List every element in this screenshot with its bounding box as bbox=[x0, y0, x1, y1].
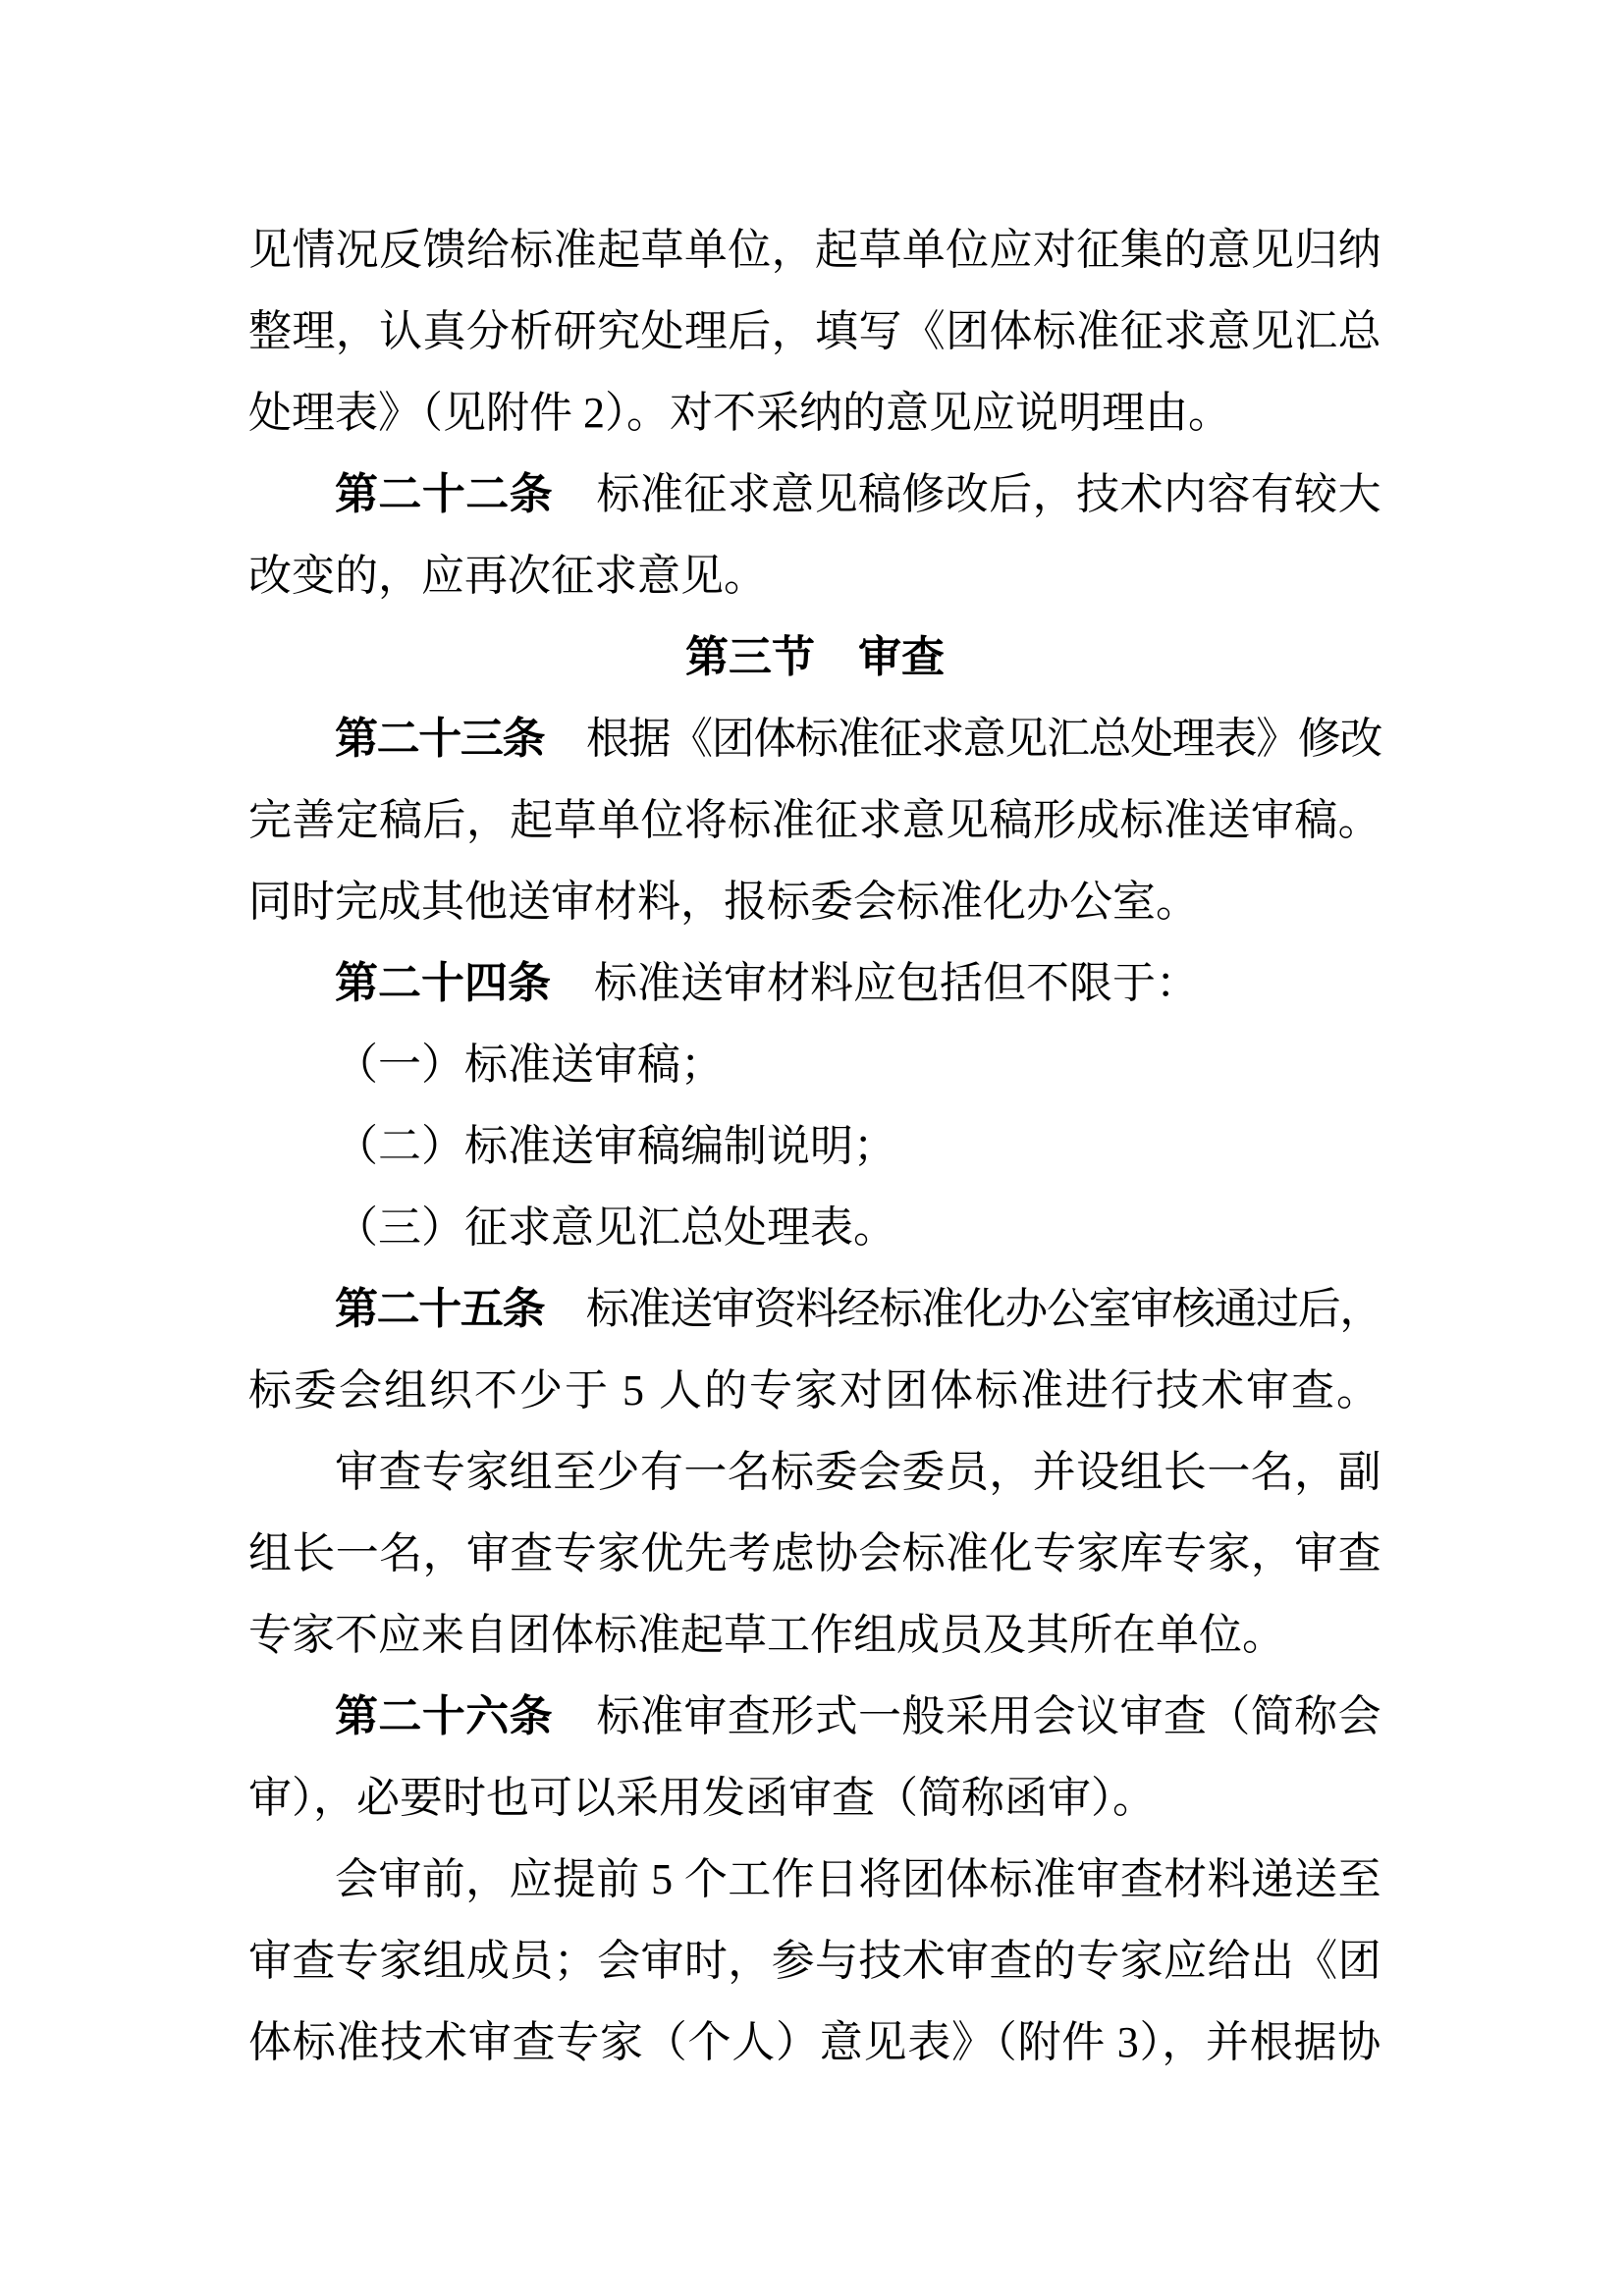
document-line: （三）征求意见汇总处理表。 bbox=[248, 1187, 1381, 1268]
document-line: 处理表》（见附件 2）。对不采纳的意见应说明理由。 bbox=[248, 372, 1381, 454]
document-line: 改变的，应再次征求意见。 bbox=[248, 535, 1381, 616]
article-number: 第二十四条 bbox=[335, 959, 551, 1007]
line-text: 处理表》（见附件 2）。对不采纳的意见应说明理由。 bbox=[248, 372, 1231, 454]
line-text: 审），必要时也可以采用发函审查（简称函审）。 bbox=[248, 1757, 1156, 1839]
document-line: （一）标准送审稿； bbox=[248, 1024, 1381, 1105]
document-line: 第二十五条 标准送审资料经标准化办公室审核通过后， bbox=[248, 1268, 1381, 1350]
line-text: 第二十三条 根据《团体标准征求意见汇总处理表》修改 bbox=[335, 698, 1381, 779]
section-heading: 第三节 审查 bbox=[248, 616, 1381, 698]
document-line: 整理，认真分析研究处理后，填写《团体标准征求意见汇总 bbox=[248, 291, 1381, 372]
article-number: 第二十三条 bbox=[335, 715, 544, 763]
document-line: 审查专家组至少有一名标委会委员，并设组长一名，副 bbox=[248, 1431, 1381, 1513]
document-line: 标委会组织不少于 5 人的专家对团体标准进行技术审查。 bbox=[248, 1350, 1381, 1431]
document-line: 专家不应来自团体标准起草工作组成员及其所在单位。 bbox=[248, 1594, 1381, 1676]
line-text: 第三节 审查 bbox=[685, 616, 945, 698]
line-text: 会审前，应提前 5 个工作日将团体标准审查材料递送至 bbox=[335, 1839, 1381, 1920]
line-text: 同时完成其他送审材料，报标委会标准化办公室。 bbox=[248, 861, 1199, 942]
document-line: 审），必要时也可以采用发函审查（简称函审）。 bbox=[248, 1757, 1381, 1839]
line-text: 体标准技术审查专家（个人）意见表》（附件 3），并根据协 bbox=[248, 2002, 1381, 2083]
line-text: 见情况反馈给标准起草单位，起草单位应对征集的意见归纳 bbox=[248, 209, 1381, 291]
line-text: 改变的，应再次征求意见。 bbox=[248, 535, 767, 616]
document-line: 完善定稿后，起草单位将标准征求意见稿形成标准送审稿。 bbox=[248, 779, 1381, 861]
document-line: 体标准技术审查专家（个人）意见表》（附件 3），并根据协 bbox=[248, 2002, 1381, 2083]
line-text: 完善定稿后，起草单位将标准征求意见稿形成标准送审稿。 bbox=[248, 779, 1381, 861]
line-text: 专家不应来自团体标准起草工作组成员及其所在单位。 bbox=[248, 1594, 1285, 1676]
document-line: 第二十六条 标准审查形式一般采用会议审查（简称会 bbox=[248, 1676, 1381, 1757]
document-line: 第二十三条 根据《团体标准征求意见汇总处理表》修改 bbox=[248, 698, 1381, 779]
document-page: 见情况反馈给标准起草单位，起草单位应对征集的意见归纳整理，认真分析研究处理后，填… bbox=[0, 0, 1624, 2296]
document-line: 第二十二条 标准征求意见稿修改后，技术内容有较大 bbox=[248, 454, 1381, 535]
article-number: 第二十二条 bbox=[335, 470, 553, 518]
line-text: 第二十五条 标准送审资料经标准化办公室审核通过后， bbox=[335, 1268, 1381, 1350]
document-line: （二）标准送审稿编制说明； bbox=[248, 1105, 1381, 1187]
line-text: 审查专家组至少有一名标委会委员，并设组长一名，副 bbox=[335, 1431, 1381, 1513]
line-text: （二）标准送审稿编制说明； bbox=[335, 1105, 896, 1187]
document-line: 会审前，应提前 5 个工作日将团体标准审查材料递送至 bbox=[248, 1839, 1381, 1920]
article-number: 第二十六条 bbox=[335, 1692, 553, 1740]
document-line: 第二十四条 标准送审材料应包括但不限于： bbox=[248, 942, 1381, 1024]
line-text: 第二十二条 标准征求意见稿修改后，技术内容有较大 bbox=[335, 454, 1381, 535]
line-text: （一）标准送审稿； bbox=[335, 1024, 724, 1105]
document-line: 见情况反馈给标准起草单位，起草单位应对征集的意见归纳 bbox=[248, 209, 1381, 291]
document-line: 同时完成其他送审材料，报标委会标准化办公室。 bbox=[248, 861, 1381, 942]
line-text: 标委会组织不少于 5 人的专家对团体标准进行技术审查。 bbox=[248, 1350, 1381, 1431]
text-block: 见情况反馈给标准起草单位，起草单位应对征集的意见归纳整理，认真分析研究处理后，填… bbox=[248, 209, 1381, 2083]
line-text: 第二十四条 标准送审材料应包括但不限于： bbox=[335, 942, 1199, 1024]
line-text: （三）征求意见汇总处理表。 bbox=[335, 1187, 896, 1268]
line-text: 审查专家组成员；会审时，参与技术审查的专家应给出《团 bbox=[248, 1920, 1381, 2002]
document-line: 组长一名，审查专家优先考虑协会标准化专家库专家，审查 bbox=[248, 1513, 1381, 1594]
line-text: 整理，认真分析研究处理后，填写《团体标准征求意见汇总 bbox=[248, 291, 1381, 372]
article-number: 第二十五条 bbox=[335, 1285, 544, 1333]
line-text: 组长一名，审查专家优先考虑协会标准化专家库专家，审查 bbox=[248, 1513, 1381, 1594]
line-text: 第二十六条 标准审查形式一般采用会议审查（简称会 bbox=[335, 1676, 1381, 1757]
document-line: 审查专家组成员；会审时，参与技术审查的专家应给出《团 bbox=[248, 1920, 1381, 2002]
